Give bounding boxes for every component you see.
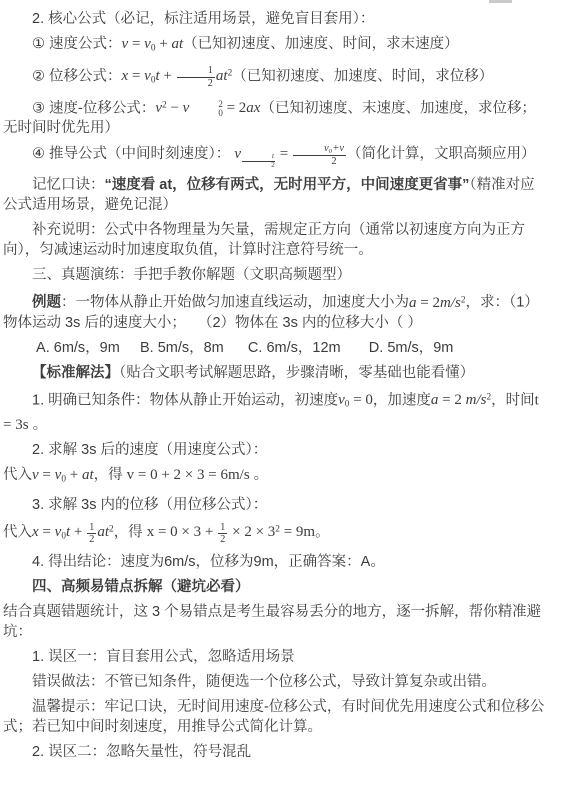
text-run: ，得	[94, 467, 127, 483]
solution-substitution-displacement: 代入x = v0t + 12at2，得 x = 0 × 3 + 12 × 2 ×…	[3, 520, 547, 547]
formula-displacement: ② 位移公式：x = v0t + 12at2（已知初速度、加速度、时间，求位移）	[3, 64, 547, 91]
answer-options: A. 6m/s，9m B. 5m/s，8m C. 6m/s，12m D. 5m/…	[3, 338, 547, 358]
supplementary-note: 补充说明：公式中各物理量为矢量，需规定正方向（通常以初速度方向为正方向），匀减速…	[3, 220, 547, 260]
math-expression: vt2 = v₀+v2	[234, 146, 347, 162]
text-run: 代入	[3, 467, 32, 483]
text-run: ① 速度公式：	[32, 36, 122, 52]
solution-step-2: 2. 求解 3s 后的速度（用速度公式）：	[3, 440, 547, 460]
solution-step-1: 1. 明确已知条件：物体从静止开始运动，初速度v0 = 0，加速度a = 2 m…	[3, 388, 547, 435]
text-run: ② 位移公式：	[32, 68, 122, 84]
math-expression: v2 − v20 = 2ax	[155, 100, 260, 116]
standard-solution-heading: 【标准解法】（贴合文职考试解题思路，步骤清晰，零基础也能看懂）	[3, 363, 547, 383]
text-run: ，得	[114, 524, 147, 540]
text-run: 补充说明：公式中各物理量为矢量，需规定正方向（通常以初速度方向为正方向），匀减速…	[3, 222, 525, 258]
math-expression: v = v0 + at	[122, 36, 184, 52]
bold-text: 四、高频易错点拆解（避坑必看）	[32, 579, 250, 595]
mistake-1-wrong: 错误做法：不管已知条件，随便选一个位移公式，导致计算复杂或出错。	[3, 672, 547, 692]
text-run: （简化计算，文职高频应用）	[347, 146, 536, 162]
text-run: 2. 核心公式（必记，标注适用场景，避免盲目套用）：	[32, 11, 374, 27]
scrollbar-fragment	[489, 0, 512, 3]
text-run: 1. 误区一：盲目套用公式，忽略适用场景	[32, 649, 295, 665]
heading-core-formulas: 2. 核心公式（必记，标注适用场景，避免盲目套用）：	[3, 9, 547, 29]
formula-velocity: ① 速度公式：v = v0 + at（已知初速度、加速度、时间，求末速度）	[3, 34, 547, 59]
text-run: 1. 明确已知条件：物体从静止开始运动，初速度	[32, 392, 338, 408]
text-run: 结合真题错题统计，这 3 个易错点是考生最容易丢分的地方，逐一拆解，帮你精准避坑…	[3, 604, 541, 640]
solution-step-3: 3. 求解 3s 内的位移（用位移公式）：	[3, 495, 547, 515]
text-run: 温馨提示：牢记口诀，无时间用速度-位移公式，有时间优先用速度公式和位移公式；若已…	[3, 699, 544, 735]
text-run: 。	[250, 467, 269, 483]
text-run: ，加速度	[373, 392, 431, 408]
solution-step-4: 4. 得出结论：速度为6m/s，位移为9m，正确答案：A。	[3, 552, 547, 572]
text-run: 三、真题演练：手把手教你解题（文职高频题型）	[32, 267, 351, 283]
mistake-1-title: 1. 误区一：盲目套用公式，忽略适用场景	[3, 647, 547, 667]
solution-substitution-velocity: 代入v = v0 + at，得 v = 0 + 2 × 3 = 6m/s 。	[3, 465, 547, 490]
text-run: 2. 求解 3s 后的速度（用速度公式）：	[32, 442, 267, 458]
text-run: 。	[315, 524, 330, 540]
math-expression: v = v0 + at	[32, 467, 94, 483]
mistake-1-tip: 温馨提示：牢记口诀，无时间用速度-位移公式，有时间优先用速度公式和位移公式；若已…	[3, 697, 547, 737]
text-run: 。	[29, 417, 48, 433]
bold-text: 【标准解法】	[32, 365, 119, 381]
heading-practice: 三、真题演练：手把手教你解题（文职高频题型）	[3, 265, 547, 285]
mistakes-intro: 结合真题错题统计，这 3 个易错点是考生最容易丢分的地方，逐一拆解，帮你精准避坑…	[3, 602, 547, 642]
math-expression: v0 = 0	[338, 392, 373, 408]
text-run: 3. 求解 3s 内的位移（用位移公式）：	[32, 497, 267, 513]
formula-velocity-displacement: ③ 速度-位移公式：v2 − v20 = 2ax（已知初速度、末速度、加速度，求…	[3, 96, 547, 139]
text-run: 代入	[3, 524, 32, 540]
text-run: 记忆口诀：	[32, 177, 105, 193]
math-expression: a = 2 m/s2	[431, 392, 491, 408]
text-run: ，时间	[491, 392, 535, 408]
mnemonic: 记忆口诀：“速度看 at，位移有两式，无时用平方，中间速度更省事”（精准对应公式…	[3, 175, 547, 215]
mistake-2-title: 2. 误区二：忽略矢量性，符号混乱	[3, 742, 547, 762]
text-run: A. 6m/s，9m B. 5m/s，8m C. 6m/s，12m D. 5m/…	[32, 340, 453, 356]
text-run: ：一物体从静止开始做匀加速直线运动，加速度大小为	[61, 295, 409, 311]
formula-derived: ④ 推导公式（中间时刻速度）： vt2 = v₀+v2（简化计算，文职高频应用）	[3, 143, 547, 170]
text-run: 4. 得出结论：速度为6m/s，位移为9m，正确答案：A。	[32, 554, 385, 570]
text-run: （已知初速度、加速度、时间，求末速度）	[183, 36, 459, 52]
bold-text: “速度看 at，位移有两式，无时用平方，中间速度更省事”	[105, 177, 470, 193]
text-run: （贴合文职考试解题思路，步骤清晰，零基础也能看懂）	[119, 365, 474, 381]
text-run: ④ 推导公式（中间时刻速度）：	[32, 146, 234, 162]
text-run: 错误做法：不管已知条件，随便选一个位移公式，导致计算复杂或出错。	[32, 674, 496, 690]
text-run: （已知初速度、加速度、时间，求位移）	[232, 68, 493, 84]
document-body: 2. 核心公式（必记，标注适用场景，避免盲目套用）：① 速度公式：v = v0 …	[0, 0, 564, 773]
math-expression: x = v0t + 12at2	[32, 524, 114, 540]
math-expression: x = v0t + 12at2	[122, 68, 233, 84]
math-expression: v = 0 + 2 × 3 = 6m/s	[127, 467, 250, 483]
math-expression: a = 2m/s2	[409, 295, 465, 311]
text-run: ③ 速度-位移公式：	[32, 100, 155, 116]
text-run: 2. 误区二：忽略矢量性，符号混乱	[32, 744, 251, 760]
heading-common-mistakes: 四、高频易错点拆解（避坑必看）	[3, 577, 547, 597]
math-expression: x = 0 × 3 + 12 × 2 × 32 = 9m	[147, 524, 315, 540]
example-problem: 例题：一物体从静止开始做匀加速直线运动，加速度大小为a = 2m/s2，求：（1…	[3, 290, 547, 333]
bold-text: 例题	[32, 295, 61, 311]
